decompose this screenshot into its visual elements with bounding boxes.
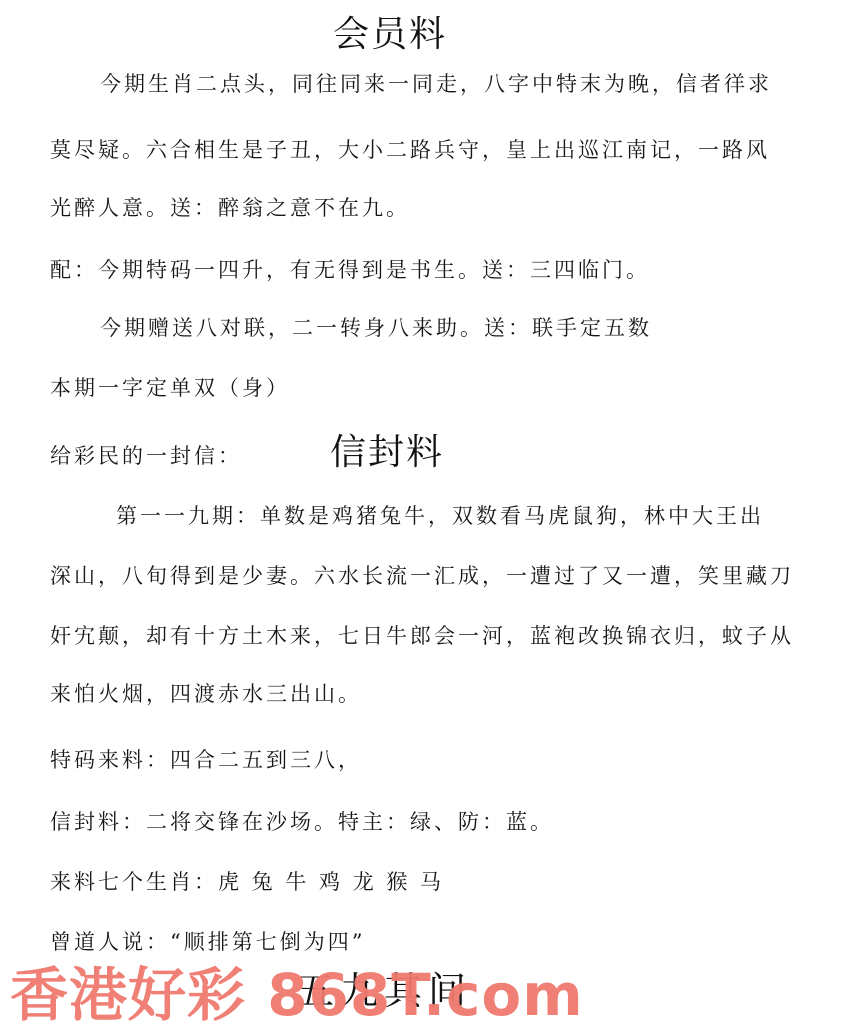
- text-line: 特码来料：四合二五到三八，: [50, 744, 362, 774]
- text-line: 今期赠送八对联，二一转身八来助。送：联手定五数: [100, 312, 652, 342]
- text-line: 给彩民的一封信：: [50, 440, 242, 470]
- text-line: 本期一字定单双（身）: [50, 372, 290, 402]
- text-line: 来料七个生肖：虎 兔 牛 鸡 龙 猴 马: [50, 866, 444, 896]
- text-line: 莫尽疑。六合相生是子丑，大小二路兵守，皇上出巡江南记，一路风: [50, 134, 770, 164]
- watermark: 香港好彩 868T.com: [10, 948, 584, 1024]
- text-line: 配：今期特码一四升，有无得到是书生。送：三四临门。: [50, 254, 650, 284]
- text-line: 奸宄颠，却有十方土木来，七日牛郎会一河，蓝袍改换锦衣归，蚊子从: [50, 620, 794, 650]
- document-page: 会员料 今期生肖二点头，同往同来一同走，八字中特末为晚，信者徉求 莫尽疑。六合相…: [0, 0, 853, 1024]
- text-line: 第一一九期：单数是鸡猪兔牛，双数看马虎鼠狗，林中大王出: [116, 500, 764, 530]
- text-line: 今期生肖二点头，同往同来一同走，八字中特末为晚，信者徉求: [100, 68, 772, 98]
- section-title-envelope: 信封料: [330, 424, 444, 475]
- text-line: 来怕火烟，四渡赤水三出山。: [50, 678, 362, 708]
- text-line: 深山，八旬得到是少妻。六水长流一汇成，一遭过了又一遭，笑里藏刀: [50, 560, 794, 590]
- text-line: 光醉人意。送：醉翁之意不在九。: [50, 192, 410, 222]
- text-line: 信封料：二将交锋在沙场。特主：绿、防：蓝。: [50, 806, 554, 836]
- section-title-member: 会员料: [333, 6, 447, 57]
